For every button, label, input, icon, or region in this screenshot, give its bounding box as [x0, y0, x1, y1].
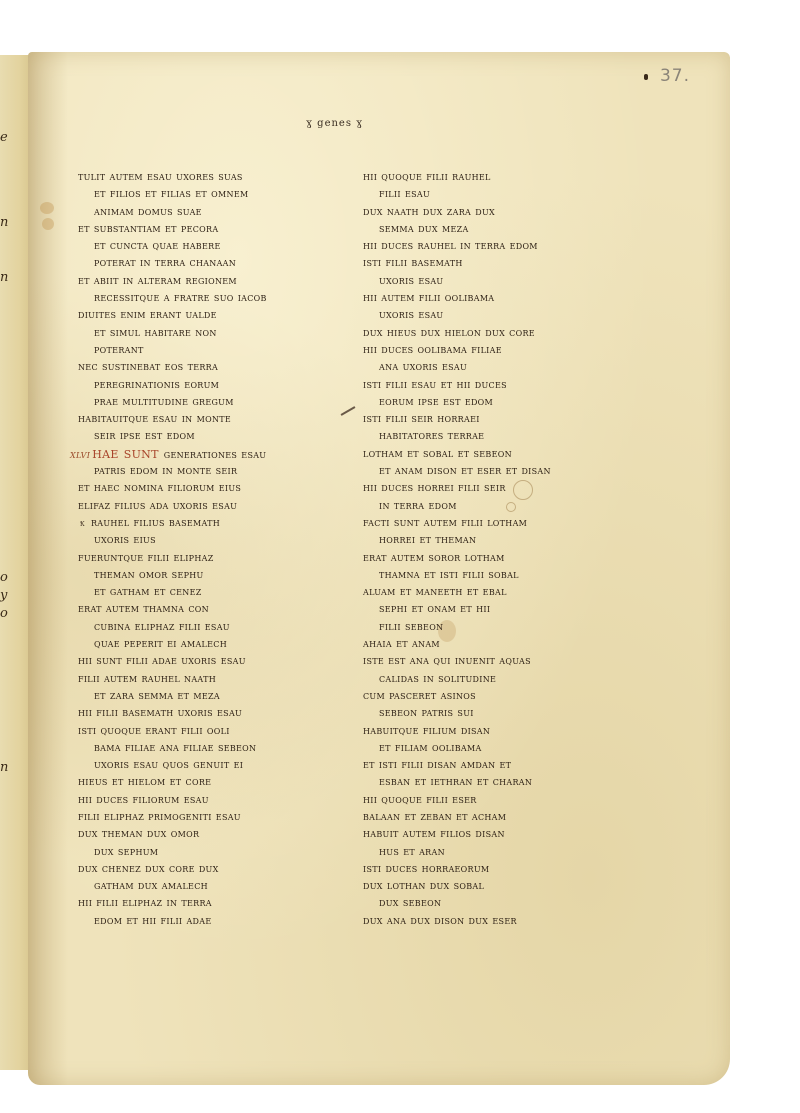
line-text: DUX LOTHAN DUX SOBAL — [363, 878, 484, 892]
text-line: AHAIA ET ANAM — [363, 635, 683, 652]
line-text: HII DUCES OOLIBAMA FILIAE — [363, 342, 502, 356]
line-text: ANA UXORIS ESAU — [379, 359, 467, 373]
line-text: QUAE PEPERIT EI AMALECH — [94, 636, 227, 650]
line-text: HUS ET ARAN — [379, 844, 445, 858]
text-line: RECESSITQUE A FRATRE SUO IACOB — [78, 289, 378, 306]
text-line: PEREGRINATIONIS EORUM — [78, 376, 378, 393]
text-line: ET CUNCTA QUAE HABERE — [78, 237, 378, 254]
text-line: SEBEON PATRIS SUI — [363, 704, 683, 721]
text-line: ET GATHAM ET CENEZ — [78, 583, 378, 600]
line-text: EORUM IPSE EST EDOM — [379, 394, 493, 408]
text-line: ELIFAZ FILIUS ADA UXORIS ESAU — [78, 497, 378, 514]
line-text: HABITATORES TERRAE — [379, 428, 484, 442]
text-line: ꝁRAUHEL FILIUS BASEMATH — [78, 514, 378, 531]
line-text: SEMMA DUX MEZA — [379, 221, 469, 235]
text-line: NEC SUSTINEBAT EOS TERRA — [78, 358, 378, 375]
line-text: CUM PASCERET ASINOS — [363, 688, 476, 702]
text-line: PRAE MULTITUDINE GREGUM — [78, 393, 378, 410]
text-line: DUX HIEUS DUX HIELON DUX CORE — [363, 324, 683, 341]
verso-letter: n — [0, 270, 8, 285]
line-text: HIEUS ET HIELOM ET CORE — [78, 774, 211, 788]
text-line: FILII ESAU — [363, 185, 683, 202]
verso-letter: n — [0, 760, 8, 775]
line-text: HII FILII ELIPHAZ IN TERRA — [78, 895, 212, 909]
line-text: RAUHEL FILIUS BASEMATH — [91, 515, 220, 529]
line-text: DUX ANA DUX DISON DUX ESER — [363, 913, 517, 927]
text-line: EORUM IPSE EST EDOM — [363, 393, 683, 410]
text-line: CUM PASCERET ASINOS — [363, 687, 683, 704]
rubric-initial: HAE SUNT — [92, 444, 164, 462]
line-text: BAMA FILIAE ANA FILIAE SEBEON — [94, 740, 256, 754]
running-title: ɣ genes ɣ — [306, 118, 363, 129]
line-text: ET ZARA SEMMA ET MEZA — [94, 688, 220, 702]
text-line: HII FILII ELIPHAZ IN TERRA — [78, 894, 378, 911]
text-line: HABUITQUE FILIUM DISAN — [363, 722, 683, 739]
line-text: DUX SEPHUM — [94, 844, 158, 858]
line-text: ET ISTI FILII DISAN AMDAN ET — [363, 757, 511, 771]
text-line: DUX SEPHUM — [78, 843, 378, 860]
line-text: ET FILIOS ET FILIAS ET OMNEM — [94, 186, 248, 200]
text-line: FACTI SUNT AUTEM FILII LOTHAM — [363, 514, 683, 531]
line-text: HII QUOQUE FILII ESER — [363, 792, 477, 806]
line-text: ISTI FILII SEIR HORRAEI — [363, 411, 480, 425]
line-text: ET SUBSTANTIAM ET PECORA — [78, 221, 218, 235]
line-text: BALAAN ET ZEBAN ET ACHAM — [363, 809, 506, 823]
left-text-column: TULIT AUTEM ESAU UXORES SUASET FILIOS ET… — [78, 168, 378, 929]
text-line: DUX LOTHAN DUX SOBAL — [363, 877, 683, 894]
text-line: UXORIS EIUS — [78, 531, 378, 548]
text-line: BAMA FILIAE ANA FILIAE SEBEON — [78, 739, 378, 756]
text-line: ANIMAM DOMUS SUAE — [78, 203, 378, 220]
line-text: SEPHI ET ONAM ET HII — [379, 601, 490, 615]
line-text: FACTI SUNT AUTEM FILII LOTHAM — [363, 515, 527, 529]
text-line: LOTHAM ET SOBAL ET SEBEON — [363, 445, 683, 462]
text-line: ISTI FILII SEIR HORRAEI — [363, 410, 683, 427]
text-line: HII DUCES RAUHEL IN TERRA EDOM — [363, 237, 683, 254]
line-text: ISTI FILII BASEMATH — [363, 255, 463, 269]
text-line: UXORIS ESAU QUOS GENUIT EI — [78, 756, 378, 773]
text-line: ISTI FILII ESAU ET HII DUCES — [363, 376, 683, 393]
verso-letter: e — [0, 130, 8, 145]
verso-letter: n — [0, 215, 8, 230]
text-line: FILII SEBEON — [363, 618, 683, 635]
stain — [42, 218, 54, 230]
text-line: ESBAN ET IETHRAN ET CHARAN — [363, 773, 683, 790]
line-text: ESBAN ET IETHRAN ET CHARAN — [379, 774, 532, 788]
text-line: HII QUOQUE FILII RAUHEL — [363, 168, 683, 185]
line-text: DUX HIEUS DUX HIELON DUX CORE — [363, 325, 535, 339]
text-line: CALIDAS IN SOLITUDINE — [363, 670, 683, 687]
text-line: GATHAM DUX AMALECH — [78, 877, 378, 894]
line-text: ISTI QUOQUE ERANT FILII OOLI — [78, 723, 230, 737]
stain — [40, 202, 54, 214]
verso-letter: y — [0, 588, 7, 603]
text-line: DUX ANA DUX DISON DUX ESER — [363, 912, 683, 929]
line-text: FILII SEBEON — [379, 619, 443, 633]
text-line: HII DUCES OOLIBAMA FILIAE — [363, 341, 683, 358]
text-line: POTERAT IN TERRA CHANAAN — [78, 254, 378, 271]
line-text: ET GATHAM ET CENEZ — [94, 584, 202, 598]
text-line: HIEUS ET HIELOM ET CORE — [78, 773, 378, 790]
text-line: FILII AUTEM RAUHEL NAATH — [78, 670, 378, 687]
line-text: DUX SEBEON — [379, 895, 441, 909]
text-line: ISTI FILII BASEMATH — [363, 254, 683, 271]
line-text: GATHAM DUX AMALECH — [94, 878, 208, 892]
text-line: ET FILIAM OOLIBAMA — [363, 739, 683, 756]
line-text: UXORIS EIUS — [94, 532, 156, 546]
line-text: ET HAEC NOMINA FILIORUM EIUS — [78, 480, 241, 494]
text-line: THAMNA ET ISTI FILII SOBAL — [363, 566, 683, 583]
line-text: ET ABIIT IN ALTERAM REGIONEM — [78, 273, 237, 287]
text-line: DUX CHENEZ DUX CORE DUX — [78, 860, 378, 877]
chapter-number: xlvi — [70, 448, 90, 461]
text-line: HII DUCES HORREI FILII SEIR — [363, 479, 683, 496]
line-text: THAMNA ET ISTI FILII SOBAL — [379, 567, 519, 581]
line-text: FILII ELIPHAZ PRIMOGENITI ESAU — [78, 809, 241, 823]
line-text: FILII ESAU — [379, 186, 430, 200]
line-text: HORREI ET THEMAN — [379, 532, 476, 546]
line-text: LOTHAM ET SOBAL ET SEBEON — [363, 446, 512, 460]
line-text: PEREGRINATIONIS EORUM — [94, 377, 219, 391]
text-line: DUX SEBEON — [363, 894, 683, 911]
line-text: HII QUOQUE FILII RAUHEL — [363, 169, 491, 183]
text-line: HII SUNT FILII ADAE UXORIS ESAU — [78, 652, 378, 669]
line-text: RECESSITQUE A FRATRE SUO IACOB — [94, 290, 267, 304]
text-line: ALUAM ET MANEETH ET EBAL — [363, 583, 683, 600]
line-text: UXORIS ESAU — [379, 307, 443, 321]
text-line: ET ABIIT IN ALTERAM REGIONEM — [78, 272, 378, 289]
manuscript-folio: 37. ɣ genes ɣ TULIT AUTEM ESAU UXORES SU… — [28, 52, 730, 1085]
line-text: ELIFAZ FILIUS ADA UXORIS ESAU — [78, 498, 237, 512]
line-text: IN TERRA EDOM — [379, 498, 457, 512]
line-text: HABUIT AUTEM FILIOS DISAN — [363, 826, 505, 840]
line-text: ANIMAM DOMUS SUAE — [94, 204, 202, 218]
text-line: PATRIS EDOM IN MONTE SEIR — [78, 462, 378, 479]
line-text: SEBEON PATRIS SUI — [379, 705, 474, 719]
verso-margin-letters: ennoyon — [0, 55, 14, 1070]
line-text: HII DUCES HORREI FILII SEIR — [363, 480, 506, 494]
line-text: HABUITQUE FILIUM DISAN — [363, 723, 490, 737]
text-line: ET SUBSTANTIAM ET PECORA — [78, 220, 378, 237]
line-text: SEIR IPSE EST EDOM — [94, 428, 195, 442]
line-text: HII SUNT FILII ADAE UXORIS ESAU — [78, 653, 246, 667]
line-text: ET SIMUL HABITARE NON — [94, 325, 217, 339]
text-line: FILII ELIPHAZ PRIMOGENITI ESAU — [78, 808, 378, 825]
text-line: HII FILII BASEMATH UXORIS ESAU — [78, 704, 378, 721]
line-text: POTERANT — [94, 342, 144, 356]
text-line: DIUITES ENIM ERANT UALDE — [78, 306, 378, 323]
text-line: SEMMA DUX MEZA — [363, 220, 683, 237]
line-text: THEMAN OMOR SEPHU — [94, 567, 204, 581]
text-line: HII DUCES FILIORUM ESAU — [78, 791, 378, 808]
line-text: CALIDAS IN SOLITUDINE — [379, 671, 496, 685]
line-text: FILII AUTEM RAUHEL NAATH — [78, 671, 216, 685]
text-line: SEPHI ET ONAM ET HII — [363, 600, 683, 617]
text-line: ET HAEC NOMINA FILIORUM EIUS — [78, 479, 378, 496]
line-text: ISTI FILII ESAU ET HII DUCES — [363, 377, 507, 391]
line-text: ISTE EST ANA QUI INUENIT AQUAS — [363, 653, 531, 667]
line-text: DIUITES ENIM ERANT UALDE — [78, 307, 217, 321]
text-line: DUX THEMAN DUX OMOR — [78, 825, 378, 842]
text-line: xlviHAE SUNT GENERATIONES ESAU — [70, 445, 378, 462]
line-text: UXORIS ESAU — [379, 273, 443, 287]
text-line: ERAT AUTEM SOROR LOTHAM — [363, 549, 683, 566]
line-text: ERAT AUTEM THAMNA CON — [78, 601, 209, 615]
line-text: PATRIS EDOM IN MONTE SEIR — [94, 463, 237, 477]
text-line: HABITATORES TERRAE — [363, 427, 683, 444]
text-line: TULIT AUTEM ESAU UXORES SUAS — [78, 168, 378, 185]
line-text: NEC SUSTINEBAT EOS TERRA — [78, 359, 218, 373]
folio-number: 37. — [660, 66, 690, 86]
text-line: POTERANT — [78, 341, 378, 358]
text-line: HUS ET ARAN — [363, 843, 683, 860]
line-text: DUX THEMAN DUX OMOR — [78, 826, 199, 840]
verso-letter: o — [0, 570, 8, 585]
line-text: DUX CHENEZ DUX CORE DUX — [78, 861, 219, 875]
line-text: TULIT AUTEM ESAU UXORES SUAS — [78, 169, 243, 183]
text-line: THEMAN OMOR SEPHU — [78, 566, 378, 583]
text-line: ERAT AUTEM THAMNA CON — [78, 600, 378, 617]
text-line: HABUIT AUTEM FILIOS DISAN — [363, 825, 683, 842]
text-line: HABITAUITQUE ESAU IN MONTE — [78, 410, 378, 427]
line-text: FUERUNTQUE FILII ELIPHAZ — [78, 550, 214, 564]
line-text: EDOM ET HII FILII ADAE — [94, 913, 212, 927]
text-line: ET ANAM DISON ET ESER ET DISAN — [363, 462, 683, 479]
text-line: UXORIS ESAU — [363, 306, 683, 323]
line-text: DUX NAATH DUX ZARA DUX — [363, 204, 495, 218]
line-text: HABITAUITQUE ESAU IN MONTE — [78, 411, 231, 425]
line-text: ISTI DUCES HORRAEORUM — [363, 861, 489, 875]
text-line: UXORIS ESAU — [363, 272, 683, 289]
line-text: ALUAM ET MANEETH ET EBAL — [363, 584, 507, 598]
text-line: ISTI QUOQUE ERANT FILII OOLI — [78, 722, 378, 739]
text-line: CUBINA ELIPHAZ FILII ESAU — [78, 618, 378, 635]
right-text-column: HII QUOQUE FILII RAUHELFILII ESAUDUX NAA… — [363, 168, 683, 929]
line-text: ERAT AUTEM SOROR LOTHAM — [363, 550, 505, 564]
text-line: FUERUNTQUE FILII ELIPHAZ — [78, 549, 378, 566]
line-text: GENERATIONES ESAU — [164, 447, 267, 461]
line-text: UXORIS ESAU QUOS GENUIT EI — [94, 757, 243, 771]
text-line: ET SIMUL HABITARE NON — [78, 324, 378, 341]
text-line: IN TERRA EDOM — [363, 497, 683, 514]
text-line: ISTI DUCES HORRAEORUM — [363, 860, 683, 877]
line-text: ET CUNCTA QUAE HABERE — [94, 238, 221, 252]
text-line: EDOM ET HII FILII ADAE — [78, 912, 378, 929]
line-text: HII DUCES FILIORUM ESAU — [78, 792, 209, 806]
text-line: ET ISTI FILII DISAN AMDAN ET — [363, 756, 683, 773]
line-text: PRAE MULTITUDINE GREGUM — [94, 394, 234, 408]
text-line: ET FILIOS ET FILIAS ET OMNEM — [78, 185, 378, 202]
text-line: BALAAN ET ZEBAN ET ACHAM — [363, 808, 683, 825]
line-text: HII AUTEM FILII OOLIBAMA — [363, 290, 494, 304]
text-line: ET ZARA SEMMA ET MEZA — [78, 687, 378, 704]
verso-letter: o — [0, 606, 8, 621]
line-text: HII FILII BASEMATH UXORIS ESAU — [78, 705, 242, 719]
line-text: CUBINA ELIPHAZ FILII ESAU — [94, 619, 230, 633]
line-text: ET FILIAM OOLIBAMA — [379, 740, 482, 754]
text-line: HII QUOQUE FILII ESER — [363, 791, 683, 808]
text-line: QUAE PEPERIT EI AMALECH — [78, 635, 378, 652]
text-line: HORREI ET THEMAN — [363, 531, 683, 548]
folio-dot — [644, 74, 648, 80]
text-line: ANA UXORIS ESAU — [363, 358, 683, 375]
text-line: SEIR IPSE EST EDOM — [78, 427, 378, 444]
marginal-mark: ꝁ — [80, 519, 85, 529]
line-text: POTERAT IN TERRA CHANAAN — [94, 255, 236, 269]
line-text: ET ANAM DISON ET ESER ET DISAN — [379, 463, 551, 477]
line-text: AHAIA ET ANAM — [363, 636, 440, 650]
text-line: DUX NAATH DUX ZARA DUX — [363, 203, 683, 220]
text-line: ISTE EST ANA QUI INUENIT AQUAS — [363, 652, 683, 669]
text-line: HII AUTEM FILII OOLIBAMA — [363, 289, 683, 306]
line-text: HII DUCES RAUHEL IN TERRA EDOM — [363, 238, 538, 252]
